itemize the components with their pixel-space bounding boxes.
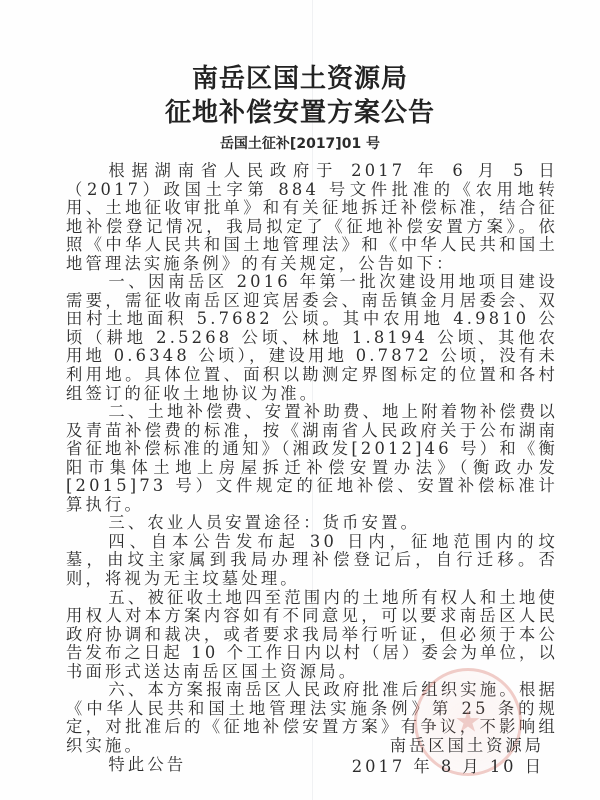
paragraph-item-4: 四、自本公告发布起 30 日内，征地范围内的坟墓，由坟主家属到我局办理补偿登记后… [66, 533, 558, 589]
paragraph-item-1: 一、因南岳区 2016 年第一批次建设用地项目建设需要，需征收南岳区迎宾居委会、… [66, 273, 558, 403]
document-title-line1: 南岳区国土资源局 [0, 58, 600, 95]
document-title-line2: 征地补偿安置方案公告 [0, 92, 600, 129]
paragraph-intro: 根据湖南省人民政府于 2017 年 6 月 5 日（2017）政国土字第 884… [66, 162, 558, 273]
issuer-name: 南岳区国土资源局 [352, 735, 544, 756]
paragraph-item-2: 二、土地补偿费、安置补助费、地上附着物补偿费以及青苗补偿费的标准，按《湖南省人民… [66, 403, 558, 514]
paragraph-item-5: 五、被征收土地四至范围内的土地所有权人和土地使用权人对本方案内容如有不同意见，可… [66, 589, 558, 682]
issue-date: 2017 年 8 月 10 日 [352, 756, 544, 777]
document-number: 岳国土征补[2017]01 号 [0, 133, 600, 153]
paragraph-item-3: 三、农业人员安置途径：货币安置。 [66, 514, 558, 533]
document-page: 南岳区国土资源局 征地补偿安置方案公告 岳国土征补[2017]01 号 根据湖南… [0, 0, 600, 800]
signature-block: 南岳区国土资源局 2017 年 8 月 10 日 [352, 735, 544, 777]
